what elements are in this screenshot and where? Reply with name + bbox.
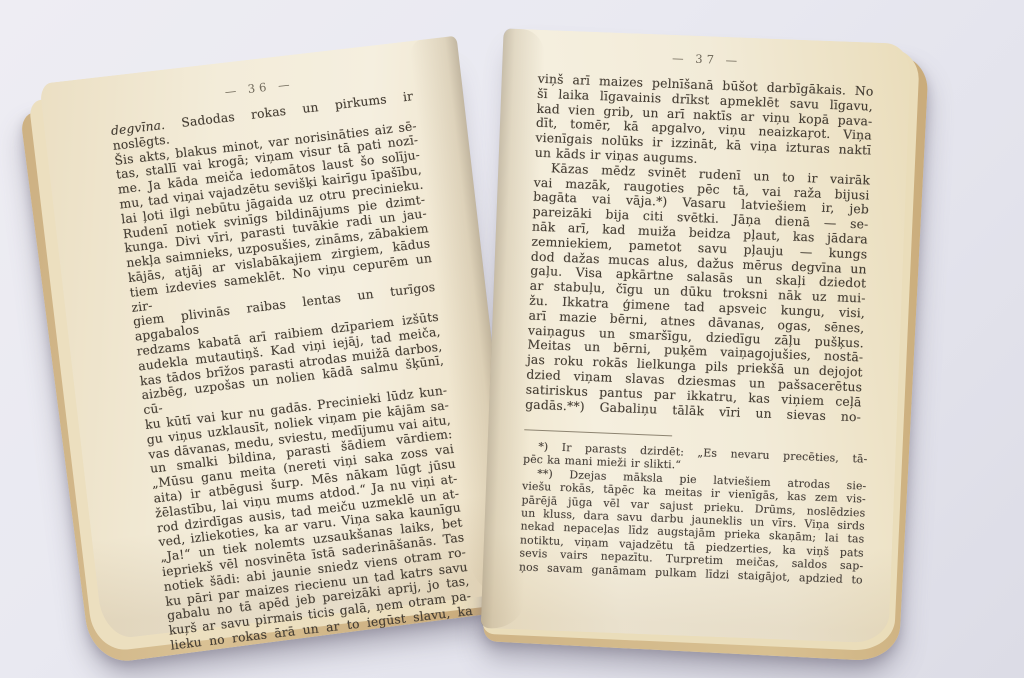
left-page-text: degvīna. Sadodas rokas un pirkums ir nos… bbox=[110, 89, 473, 653]
left-page: — 36 — degvīna. Sadodas rokas un pirkums… bbox=[39, 36, 521, 641]
photo-background: — 36 — degvīna. Sadodas rokas un pirkums… bbox=[0, 0, 1024, 678]
right-page-footnotes: *) Ir parasts dzirdēt: „Es nevaru precēt… bbox=[519, 439, 868, 586]
right-page-text: viņš arī maizes pelnīšanā būšot darbīgāk… bbox=[525, 72, 874, 425]
right-page: — 37 — viņš arī maizes pelnīšanā būšot d… bbox=[481, 28, 912, 643]
footnote-separator bbox=[524, 429, 672, 436]
right-page-number: — 37 — bbox=[538, 46, 874, 73]
